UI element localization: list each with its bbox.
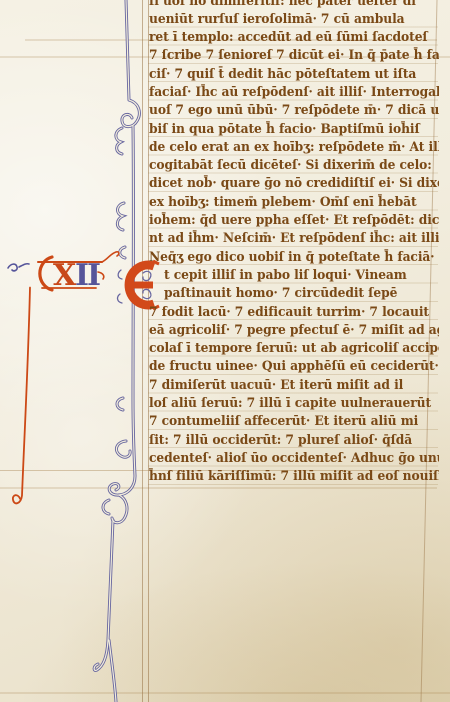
initial-filigree-left-upper xyxy=(118,270,122,279)
initial-filigree-left-lower xyxy=(118,294,122,303)
text-line: Neq̄ʒ ego dico uobiſ in q̄ poteſtate h̄ … xyxy=(149,247,439,266)
unused xyxy=(36,276,40,485)
text-line: de fructu uinee· Qui apphēſū eū ceciderū… xyxy=(149,357,439,376)
text-line: ueniūt rurſuſ ieroſolimā· 7 cū ambula xyxy=(149,9,439,28)
text-line: colaſ ī tempore ſeruū: ut ab agricoliſ a… xyxy=(149,339,439,358)
text-line: ciſ· 7 quiſ t̄ dedit hāc pōteſtatem ut i… xyxy=(149,64,439,83)
chapter-numeral-x: X xyxy=(53,258,77,293)
blue-margin-squiggle xyxy=(8,264,17,271)
text-line: eā agricoliſ· 7 pegre pfectuſ ē· 7 miſit… xyxy=(149,320,439,339)
text-line: biſ in qua pōtate h̄ facio· Baptiſmū ioh… xyxy=(149,119,439,138)
text-block: ſi uoſ nō dimiſeritiſ: nec pater ueſter … xyxy=(149,0,439,486)
text-line: h̄nſ filiū kāriſſimū: 7 illū miſit ad eo… xyxy=(149,467,439,486)
text-line-after-initial: paſtinauit homo· 7 circūdedit ſepē xyxy=(149,284,439,303)
text-line: ex hoībʒ: timem̄ plebem· Om̄ſ enī h̄ebāt xyxy=(149,192,439,211)
text-line: 7 dimiſerūt uacuū· Et iterū miſit ad il xyxy=(149,375,439,394)
blue-margin-squiggle-tail xyxy=(19,264,29,267)
text-line-after-initial: t cepit illiſ in pabo liſ loqui· Vineam xyxy=(149,266,439,285)
text-line: de celo erat an ex hoībʒ: reſpōdete m̄· … xyxy=(149,138,439,157)
text-line: uoſ 7 ego unū ūbū· 7 reſpōdete m̄· 7 dic… xyxy=(149,101,439,120)
text-line: nt ad ih̄m· Neſcim̄· Et reſpōdenſ ih̄c: … xyxy=(149,229,439,248)
text-line: 7 ſcribe 7 ſenioreſ 7 dicūt ei· In q̄ p̄… xyxy=(149,46,439,65)
text-line: faciaſ· Ih̄c aū reſpōdenſ· ait illiſ· In… xyxy=(149,83,439,102)
text-line: ſit: 7 illū occiderūt: 7 plureſ alioſ· q… xyxy=(149,430,439,449)
text-line: ſi uoſ nō dimiſeritiſ: nec pater ueſter … xyxy=(149,0,439,10)
chapter-number-marker: X I I xyxy=(0,246,125,506)
text-line: ret ī templo: accedūt ad eū ſūmi ſacdote… xyxy=(149,28,439,47)
chapter-numeral-i2: I xyxy=(87,258,101,293)
text-line: ioh̄em: q̄d uere ppha eſſet· Et reſpōdēt… xyxy=(149,211,439,230)
text-line: 7 fodit lacū· 7 edificauit turrim· 7 loc… xyxy=(149,302,439,321)
text-line: 7 contumeliiſ affecerūt· Et iterū aliū m… xyxy=(149,412,439,431)
text-line: cogitabāt ſecū dicēteſ· Si dixerim̄ de c… xyxy=(149,156,439,175)
manuscript-page: X I I ſi uoſ nō dimiſeritiſ: nec pater u… xyxy=(0,0,450,702)
text-line: loſ aliū ſeruū: 7 illū ī capite uulnerau… xyxy=(149,394,439,413)
text-line: cedenteſ· alioſ ūo occidenteſ· Adhuc ḡo … xyxy=(149,449,439,468)
text-line: dicet nob̄· quare ḡo nō credidiſtiſ ei· … xyxy=(149,174,439,193)
rubric-descender-line xyxy=(13,288,30,504)
